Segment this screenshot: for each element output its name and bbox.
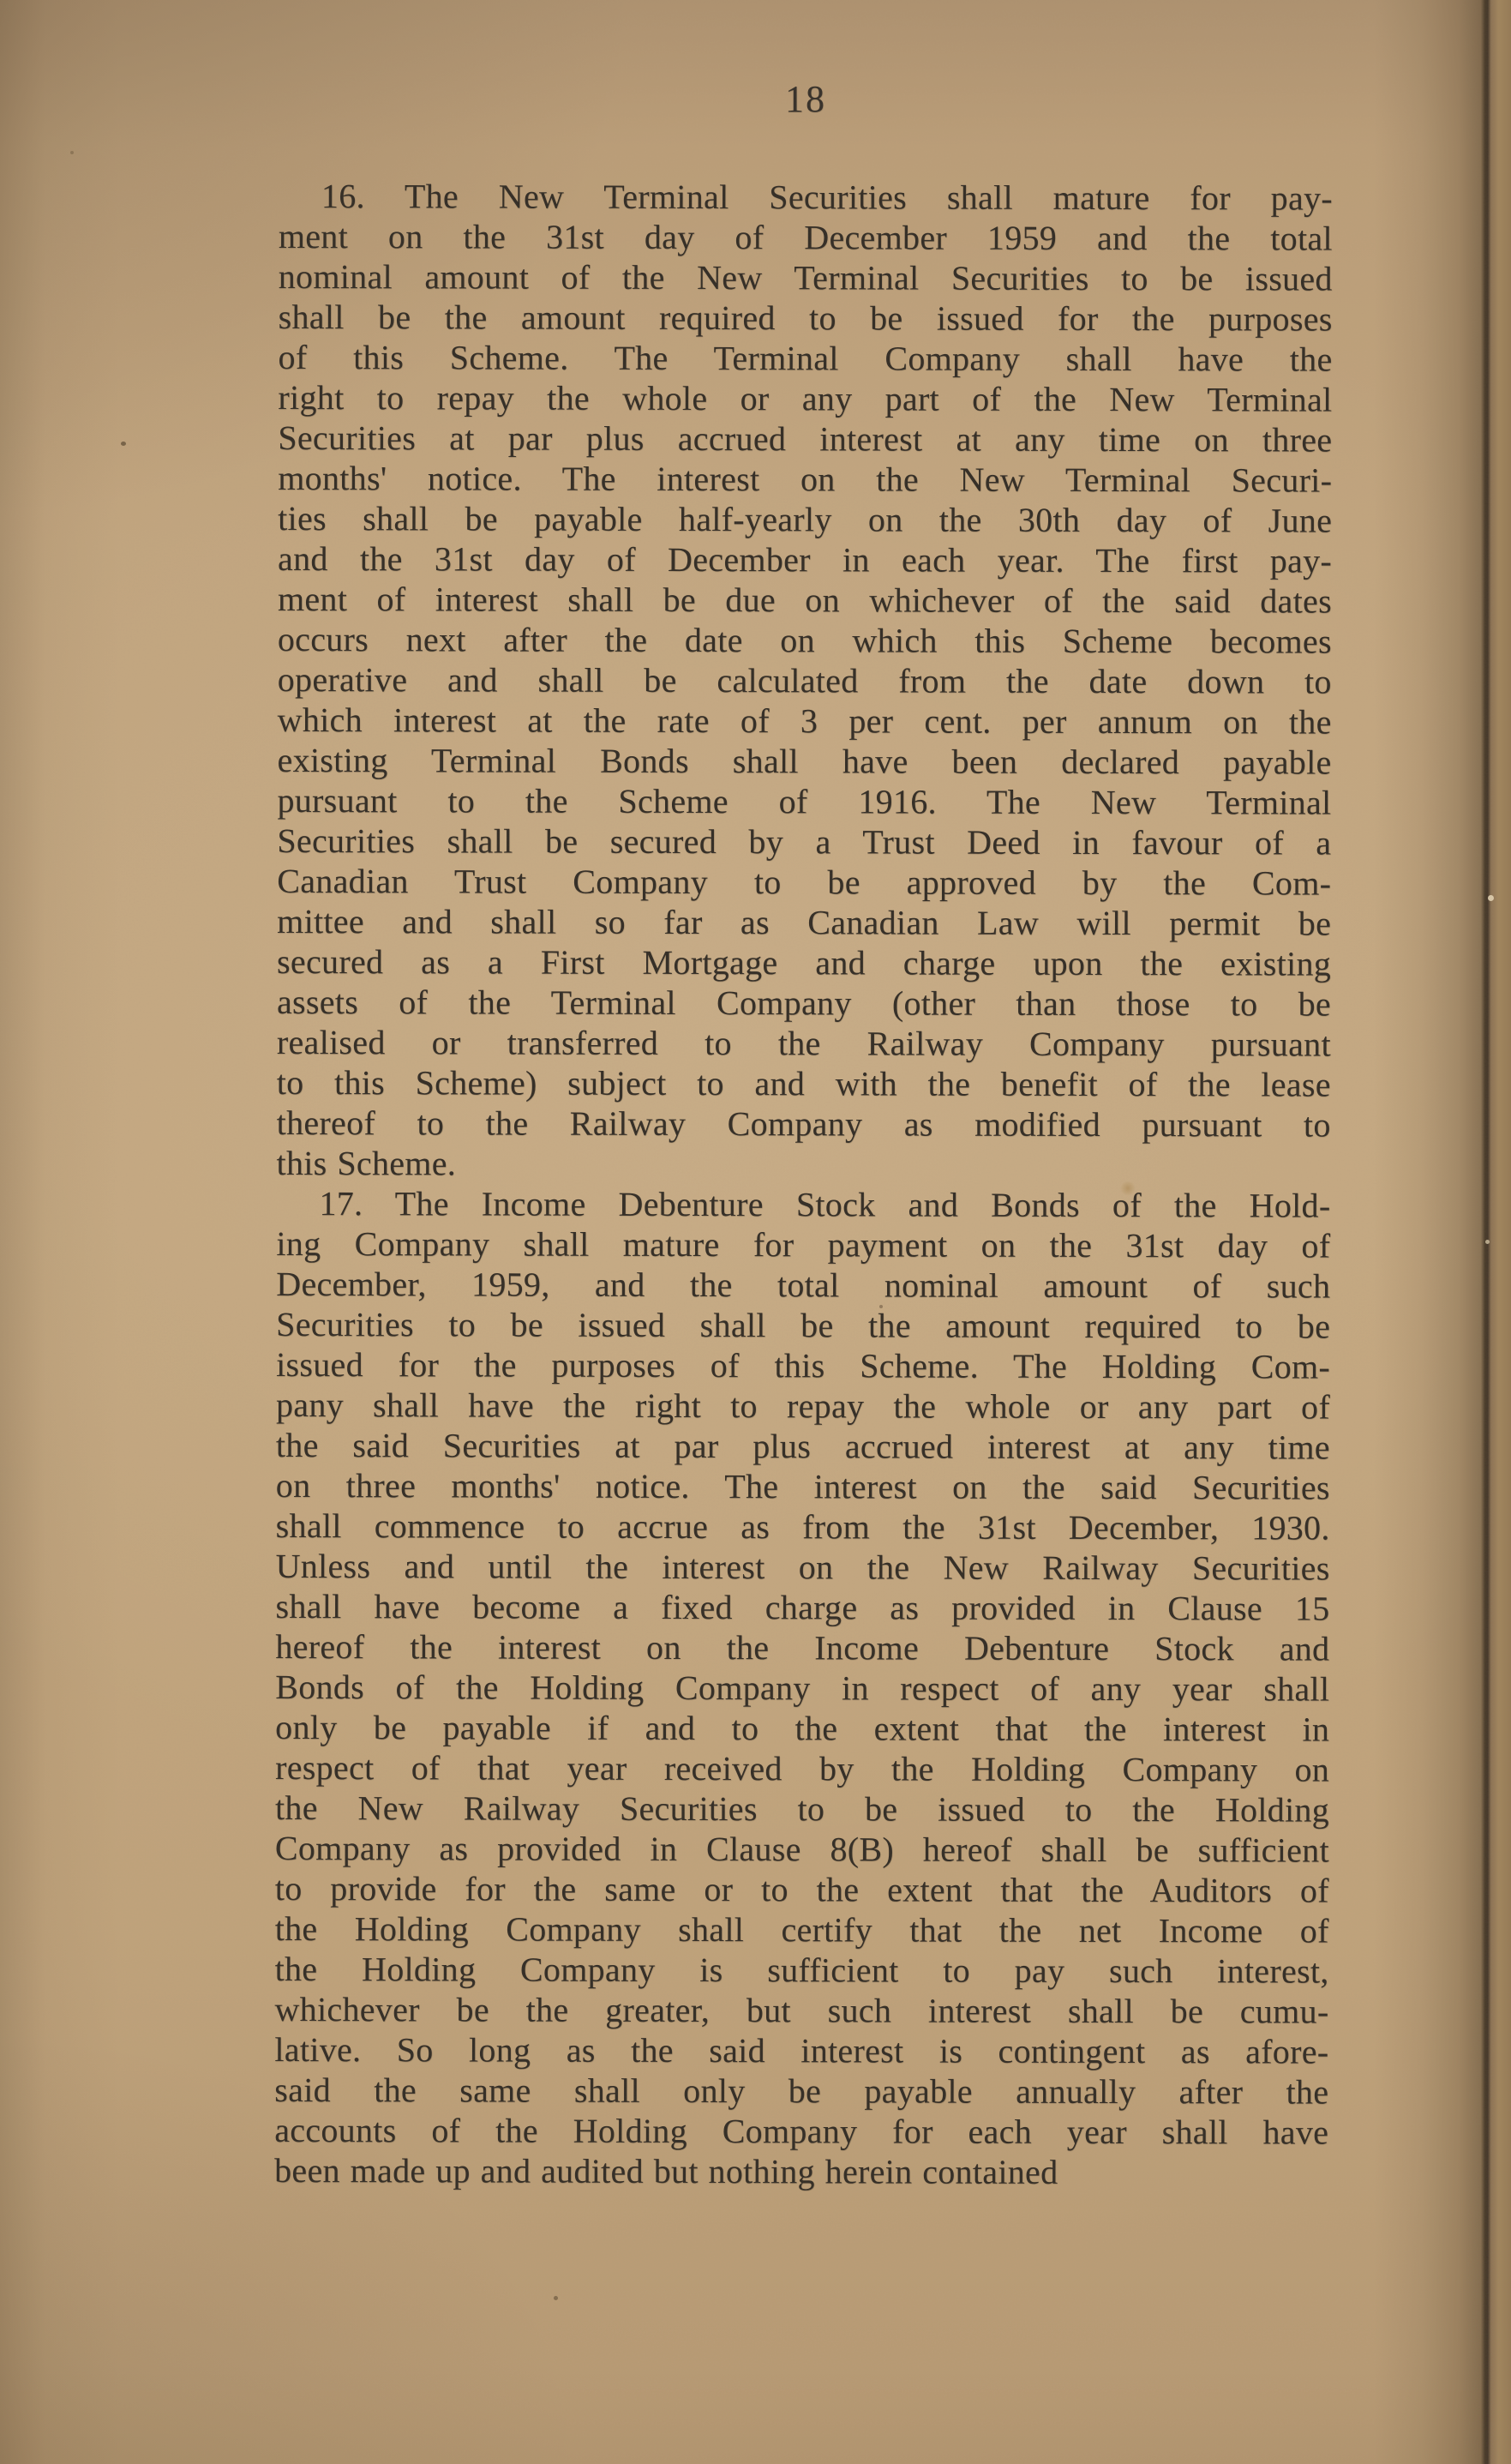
text-line: ties shall be payable half-yearly on the… — [278, 498, 1332, 541]
text-line: secured as a First Mortgage and charge u… — [277, 941, 1331, 984]
text-line: operative and shall be calculated from t… — [278, 659, 1332, 702]
text-line: only be payable if and to the extent tha… — [275, 1707, 1329, 1750]
text-line: whichever be the greater, but such inter… — [274, 1989, 1328, 2032]
text-line: this Scheme. — [277, 1143, 1331, 1186]
text-line: to this Scheme) subject to and with the … — [277, 1062, 1331, 1105]
text-line: to provide for the same or to the extent… — [275, 1868, 1329, 1911]
text-line: the Holding Company is sufficient to pay… — [275, 1949, 1329, 1992]
paper-fleck — [1485, 1240, 1490, 1244]
text-line: been made up and audited but nothing her… — [274, 2150, 1328, 2193]
text-line: Bonds of the Holding Company in respect … — [275, 1667, 1329, 1710]
text-line: which interest at the rate of 3 per cent… — [278, 700, 1332, 742]
text-line: 17. The Income Debenture Stock and Bonds… — [276, 1183, 1330, 1226]
paper-smudge — [1119, 1181, 1136, 1195]
paper-speck — [554, 2296, 558, 2300]
page-number: 18 — [279, 77, 1333, 121]
text-line: mittee and shall so far as Canadian Law … — [277, 901, 1331, 944]
text-line: respect of that year received by the Hol… — [275, 1747, 1329, 1790]
text-line: assets of the Terminal Company (other th… — [277, 982, 1331, 1025]
text-line: Company as provided in Clause 8(B) hereo… — [275, 1828, 1329, 1871]
text-line: Securities shall be secured by a Trust D… — [277, 820, 1331, 863]
paper-fleck — [1488, 895, 1494, 901]
text-line: shall be the amount required to be issue… — [279, 297, 1333, 340]
text-line: accounts of the Holding Company for each… — [274, 2110, 1328, 2153]
text-block: 16. The New Terminal Securities shall ma… — [274, 176, 1333, 2193]
text-line: said the same shall only be payable annu… — [274, 2070, 1328, 2112]
text-line: of this Scheme. The Terminal Company sha… — [279, 337, 1333, 380]
text-line: nominal amount of the New Terminal Secur… — [279, 256, 1333, 299]
text-line: pany shall have the right to repay the w… — [276, 1385, 1330, 1427]
text-line: Unless and until the interest on the New… — [276, 1546, 1330, 1589]
text-line: occurs next after the date on which this… — [278, 619, 1332, 662]
text-line: months' notice. The interest on the New … — [278, 458, 1332, 501]
text-line: December, 1959, and the total nominal am… — [276, 1264, 1330, 1307]
paragraph-clause-16: 16. The New Terminal Securities shall ma… — [277, 176, 1333, 1186]
book-page: 18 16. The New Terminal Securities shall… — [0, 0, 1511, 2464]
text-line: on three months' notice. The interest on… — [276, 1465, 1330, 1508]
text-line: the Holding Company shall certify that t… — [275, 1908, 1329, 1951]
page-binding-edge — [1374, 0, 1511, 2464]
text-line: Canadian Trust Company to be approved by… — [277, 861, 1331, 904]
paper-speck — [70, 151, 74, 154]
text-line: existing Terminal Bonds shall have been … — [278, 740, 1332, 783]
text-line: thereof to the Railway Company as modifi… — [277, 1103, 1331, 1145]
text-line: ment on the 31st day of December 1959 an… — [279, 216, 1333, 259]
text-line: lative. So long as the said interest is … — [274, 2029, 1328, 2072]
text-line: realised or transferred to the Railway C… — [277, 1022, 1331, 1065]
text-line: the said Securities at par plus accrued … — [276, 1425, 1330, 1468]
text-line: Securities to be issued shall be the amo… — [276, 1304, 1330, 1347]
text-line: shall commence to accrue as from the 31s… — [276, 1505, 1330, 1548]
text-line: Securities at par plus accrued interest … — [278, 418, 1332, 460]
text-line: shall have become a fixed charge as prov… — [275, 1586, 1329, 1629]
text-line: hereof the interest on the Income Debent… — [275, 1626, 1329, 1669]
text-line: right to repay the whole or any part of … — [278, 377, 1332, 420]
paragraph-clause-17: 17. The Income Debenture Stock and Bonds… — [274, 1183, 1330, 2193]
text-line: pursuant to the Scheme of 1916. The New … — [277, 780, 1331, 823]
text-line: the New Railway Securities to be issued … — [275, 1788, 1329, 1830]
paper-speck — [879, 1305, 883, 1308]
text-line: ment of interest shall be due on whichev… — [278, 579, 1332, 622]
text-line: 16. The New Terminal Securities shall ma… — [279, 176, 1333, 219]
text-line: ing Company shall mature for payment on … — [276, 1223, 1330, 1266]
text-line: and the 31st day of December in each yea… — [278, 538, 1332, 581]
text-line: issued for the purposes of this Scheme. … — [276, 1344, 1330, 1387]
paper-speck — [121, 442, 126, 446]
